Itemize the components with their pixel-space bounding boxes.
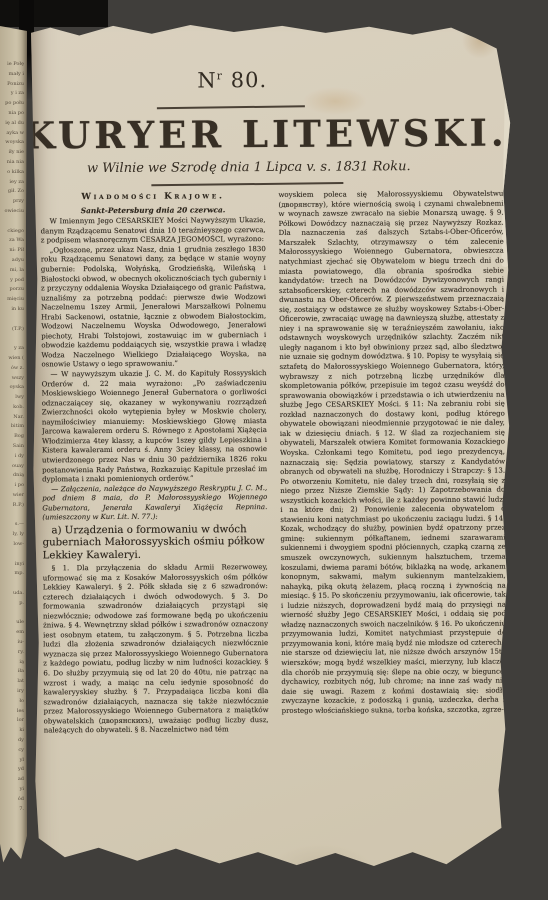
margin-fragment: wier xyxy=(0,491,24,501)
article-columns: Wiadomości Krajowe. Sankt-Petersburg dni… xyxy=(29,183,516,793)
margin-fragment: ią xyxy=(0,658,24,668)
page-content: Nr 80. KURYER LITEWSKI. w Wilnie we Szro… xyxy=(28,18,516,887)
left-column-closing: § 1. Dla przyłączenia do składu Armii Re… xyxy=(43,563,269,736)
article-paragraph: „Ogłoszone, przez ukaz Nasz, dnia 1 grud… xyxy=(41,245,267,370)
margin-fragment: ki xyxy=(0,726,24,736)
margin-fragment: (T.P.) xyxy=(0,325,24,335)
margin-fragment: i dy xyxy=(0,452,24,462)
section-heading: Wiadomości Krajowe. xyxy=(40,192,265,203)
newspaper-title: KURYER LITEWSKI. xyxy=(23,110,506,157)
margin-fragment: ouay xyxy=(0,462,24,472)
right-column-paragraphs: woyskiem poleca się Małorossyyskiemu Oby… xyxy=(278,190,506,716)
margin-fragment: lor xyxy=(0,716,24,726)
subsection-heading: a) Urządzenia o formowaniu w dwóch guber… xyxy=(42,524,267,563)
margin-fragment: ly, ly xyxy=(0,530,24,540)
margin-fragment: p. xyxy=(0,599,24,609)
newspaper-scan: ie Połęmały iPonizuy i zapo połunia poię… xyxy=(0,0,548,900)
margin-fragment: ię al du xyxy=(0,119,24,129)
margin-fragment: mięciu xyxy=(0,295,24,305)
margin-fragment: woyska xyxy=(0,138,24,148)
margin-fragment: ód xyxy=(0,795,24,805)
margin-fragment: R.P.) xyxy=(0,501,24,511)
margin-fragment: Ponizu xyxy=(0,80,24,90)
margin-fragment: lwy xyxy=(0,393,24,403)
left-column-paragraphs: W Imiennym Jego CESARSKIEY Mości Naywyżs… xyxy=(41,216,268,523)
margin-fragment: iu- xyxy=(0,638,24,648)
margin-fragment: ło xyxy=(0,697,24,707)
margin-fragment: ule xyxy=(0,618,24,628)
margin-fragment: gił. Zo xyxy=(0,187,24,197)
margin-fragment: mp. xyxy=(0,569,24,579)
margin-fragment xyxy=(0,609,24,619)
margin-fragment: les xyxy=(0,707,24,717)
margin-fragment: y za xyxy=(0,344,24,354)
margin-fragment: o kilka xyxy=(0,168,24,178)
issue-value: 80. xyxy=(223,68,267,92)
previous-page-edge: ie Połęmały iPonizuy i zapo połunia poię… xyxy=(0,26,27,864)
masthead: Nr 80. KURYER LITEWSKI. w Wilnie we Szro… xyxy=(28,18,512,186)
margin-fragment xyxy=(0,217,24,227)
margin-fragment: adyu xyxy=(0,256,24,266)
margin-fragment: iey za xyxy=(0,178,24,188)
margin-fragment: dnią xyxy=(0,471,24,481)
margin-fragment: ad xyxy=(0,775,24,785)
margin-fragment: y i za xyxy=(0,89,24,99)
margin-fragment: lat xyxy=(0,677,24,687)
margin-fragment xyxy=(0,315,24,325)
article-dateline: Sankt-Petersburg dnia 20 czerwca. xyxy=(40,205,265,216)
scan-corner-shadow xyxy=(0,0,108,27)
margin-fragment: ów z. xyxy=(0,364,24,374)
margin-fragment: uda. xyxy=(0,589,24,599)
margin-fragment: ckiego xyxy=(0,227,24,237)
margin-fragment xyxy=(0,579,24,589)
margin-fragment: ie Połę xyxy=(0,60,24,70)
article-paragraph: W Imiennym Jego CESARSKIEY Mości Naywyżs… xyxy=(41,216,266,246)
margin-fragment: iry xyxy=(0,687,24,697)
margin-fragment: inyi xyxy=(0,560,24,570)
margin-fragment: Sain xyxy=(0,442,24,452)
article-paragraph: woyskiem poleca się Małorossyyskiemu Oby… xyxy=(278,190,506,716)
margin-fragment: ayka w xyxy=(0,129,24,139)
margin-fragment: mały i xyxy=(0,70,24,80)
article-paragraph: — W naywyższym ukazie J. C. M. do Kapitu… xyxy=(41,369,267,485)
margin-fragment xyxy=(0,334,24,344)
issue-prefix: N xyxy=(197,68,217,92)
margin-fragment: porzu xyxy=(0,285,24,295)
margin-fragment: Nar. xyxy=(0,413,24,423)
margin-fragment: Bog xyxy=(0,432,24,442)
margin-text-fragments: ie Połęmały iPonizuy i zapo połunia poię… xyxy=(0,26,27,814)
margin-fragment: 7. xyxy=(0,805,24,815)
margin-fragment: ni: Pił xyxy=(0,246,24,256)
margin-fragment: ry. xyxy=(0,648,24,658)
left-column: Wiadomości Krajowe. Sankt-Petersburg dni… xyxy=(40,191,269,792)
margin-fragment: y pod xyxy=(0,276,24,286)
margin-fragment: i po xyxy=(0,481,24,491)
margin-fragment: bitim xyxy=(0,422,24,432)
margin-fragment: mi, la xyxy=(0,266,24,276)
issue-number: Nr 80. xyxy=(0,67,474,94)
margin-fragment: yl xyxy=(0,756,24,766)
margin-fragment xyxy=(0,511,24,521)
margin-fragment: low- xyxy=(0,540,24,550)
margin-fragment: in ku xyxy=(0,305,24,315)
margin-fragment: cy xyxy=(0,746,24,756)
margin-fragment xyxy=(0,550,24,560)
margin-fragment: dy xyxy=(0,736,24,746)
margin-fragment: przy xyxy=(0,197,24,207)
masthead-rule-top xyxy=(156,105,304,109)
margin-fragment: nia nia xyxy=(0,158,24,168)
margin-fragment: po połu xyxy=(0,99,24,109)
margin-fragment: kob. xyxy=(0,403,24,413)
margin-fragment: yi xyxy=(0,785,24,795)
margin-fragment: za Wa xyxy=(0,236,24,246)
masthead-dateline: w Wilnie we Szrodę dnia 1 Lipca v. s. 18… xyxy=(7,158,490,176)
margin-fragment: s.— xyxy=(0,520,24,530)
margin-fragment: em xyxy=(0,628,24,638)
article-paragraph: — Załączenia, należące do Naywyższego Re… xyxy=(42,484,267,524)
margin-fragment: iły nie xyxy=(0,148,24,158)
margin-fragment: iła xyxy=(0,667,24,677)
newspaper-page: Nr 80. KURYER LITEWSKI. w Wilnie we Szro… xyxy=(31,19,514,885)
margin-fragment: wszy xyxy=(0,374,24,384)
article-paragraph: § 1. Dla przyłączenia do składu Armii Re… xyxy=(43,563,269,736)
right-column: woyskiem poleca się Małorossyyskiemu Oby… xyxy=(278,190,507,791)
margin-fragment: nia po xyxy=(0,109,24,119)
margin-fragment: oyska xyxy=(0,383,24,393)
margin-fragment: wien ( xyxy=(0,354,24,364)
margin-fragment: yd xyxy=(0,765,24,775)
margin-fragment: owieciu xyxy=(0,207,24,217)
